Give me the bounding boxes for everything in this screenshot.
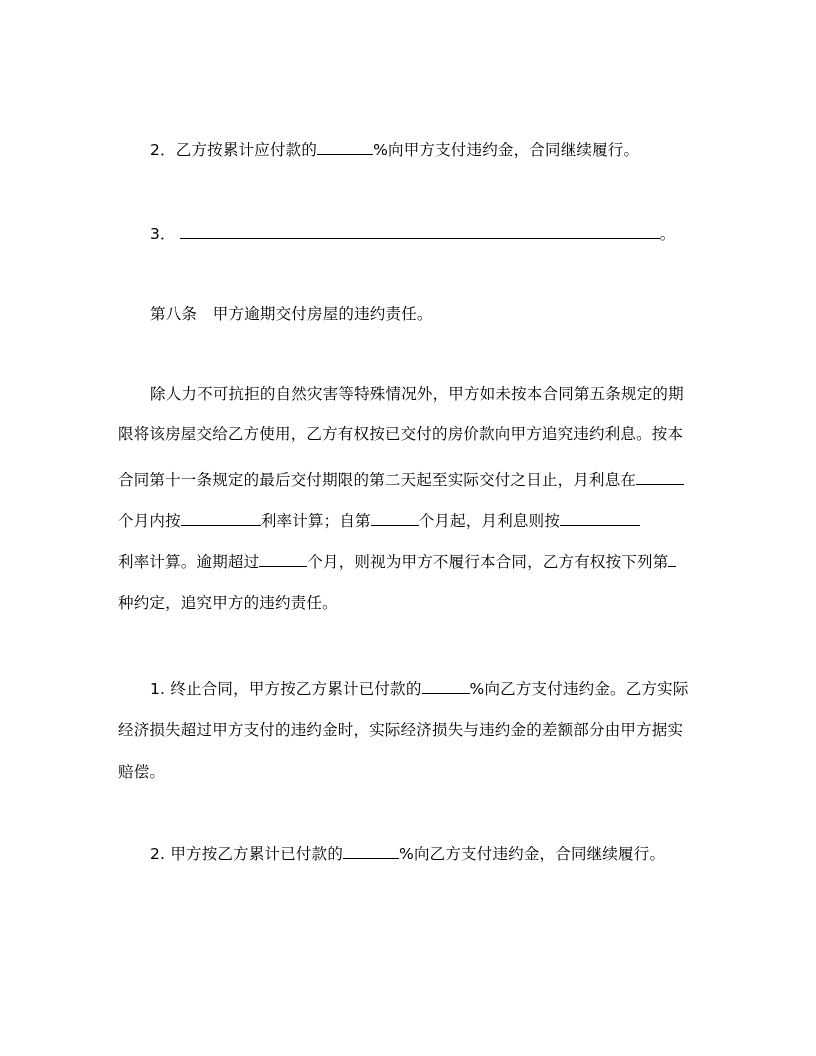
clause8-body-line4-a: 个月内按 [118, 512, 181, 530]
clause8-body-line4-c: 个月起，月利息则按 [419, 512, 560, 530]
clause8-item2: 2. 甲方按乙方累计已付款的%向乙方支付违约金，合同继续履行。 [150, 843, 665, 864]
clause8-item1-line1: 1. 终止合同，甲方按乙方累计已付款的%向乙方支付违约金。乙方实际 [150, 678, 689, 699]
clause8-title: 第八条 甲方逾期交付房屋的违约责任。 [150, 304, 433, 324]
blank-field [636, 469, 684, 485]
clause7-item3-suffix: 。 [660, 225, 676, 243]
blank-field [422, 678, 470, 694]
clause8-body-line4-b: 利率计算；自第 [261, 512, 371, 530]
clause8-body-line3-text: 合同第十一条规定的最后交付期限的第二天起至实际交付之日止，月利息在 [118, 471, 636, 489]
blank-field [343, 843, 399, 859]
blank-field [560, 510, 640, 526]
clause7-item3-prefix: 3． [150, 225, 176, 243]
clause8-item1-prefix: 1. 终止合同，甲方按乙方累计已付款的 [150, 680, 422, 698]
clause8-body-line2: 限将该房屋交给乙方使用，乙方有权按已交付的房价款向甲方追究违约利息。按本 [118, 424, 683, 444]
clause8-body-line5-a: 利率计算。逾期超过 [118, 553, 259, 571]
clause7-item2-suffix: %向甲方支付违约金，合同继续履行。 [373, 141, 639, 159]
clause8-item1-suffix: %向乙方支付违约金。乙方实际 [470, 680, 689, 698]
clause7-item3: 3．。 [150, 223, 675, 244]
clause8-body-line5: 利率计算。逾期超过个月，则视为甲方不履行本合同，乙方有权按下列第 [118, 551, 676, 572]
document-page: 2．乙方按累计应付款的%向甲方支付违约金，合同继续履行。 3．。 第八条 甲方逾… [0, 0, 816, 1056]
clause8-item2-prefix: 2. 甲方按乙方累计已付款的 [150, 845, 343, 863]
clause8-body-line5-b: 个月，则视为甲方不履行本合同，乙方有权按下列第 [307, 553, 668, 571]
clause8-body-line4: 个月内按利率计算；自第个月起，月利息则按 [118, 510, 640, 531]
blank-field [181, 510, 261, 526]
clause7-item2-prefix: 2．乙方按累计应付款的 [150, 141, 317, 159]
clause8-body-line6: 种约定，追究甲方的违约责任。 [118, 593, 338, 613]
blank-field [668, 551, 676, 567]
clause8-item1-line2: 经济损失超过甲方支付的违约金时，实际经济损失与违约金的差额部分由甲方据实 [118, 720, 683, 740]
clause7-item2: 2．乙方按累计应付款的%向甲方支付违约金，合同继续履行。 [150, 139, 639, 160]
blank-field [317, 139, 373, 155]
clause8-item2-suffix: %向乙方支付违约金，合同继续履行。 [399, 845, 665, 863]
blank-field [180, 223, 660, 239]
clause8-body-line1: 除人力不可抗拒的自然灾害等特殊情况外，甲方如未按本合同第五条规定的期 [150, 384, 684, 404]
blank-field [371, 510, 419, 526]
clause8-body-line3: 合同第十一条规定的最后交付期限的第二天起至实际交付之日止，月利息在 [118, 469, 684, 490]
blank-field [259, 551, 307, 567]
clause8-item1-line3: 赔偿。 [118, 762, 165, 782]
